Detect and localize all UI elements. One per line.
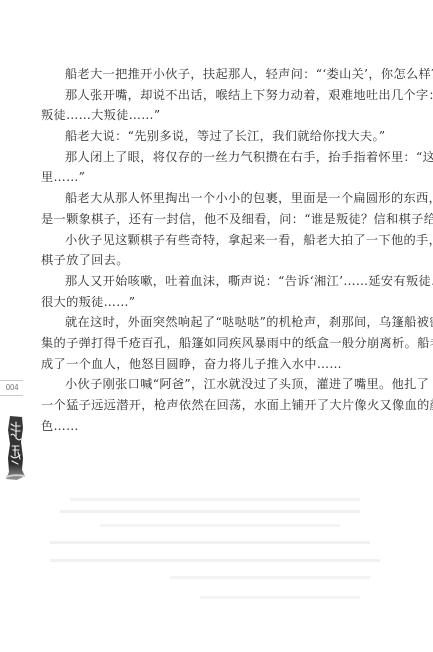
bleed-through-mark [60, 510, 360, 513]
text-line: 小伙子刚张口喊“阿爸”，江水就没过了头顶，灌进了嘴里。他扎了 [41, 374, 393, 395]
text-line: 小伙子见这颗棋子有些奇特，拿起来一看，船老大拍了一下他的手，把 [41, 230, 393, 251]
text-line: 棋子放了回去。 [41, 250, 393, 271]
text-line: 里……” [41, 167, 393, 188]
page-number: 004 [4, 383, 20, 393]
body-text: 船老大一把推开小伙子，扶起那人，轻声问：“‘娄山关’，你怎么样？”那人张开嘴，却… [41, 64, 393, 436]
text-line: 叛徒……大叛徒……” [41, 105, 393, 126]
text-line: 一个猛子远远潜开，枪声依然在回荡，水面上铺开了大片像火又像血的颜 [41, 395, 393, 416]
calligraphy-seal-icon [4, 414, 26, 482]
text-line: 那人闭上了眼，将仅存的一丝力气积攒在右手，抬手指着怀里：“这 [41, 147, 393, 168]
text-line: 那人又开始咳嗽，吐着血沫，嘶声说：“告诉‘湘江’……延安有叛徒…… [41, 271, 393, 292]
page-number-rule-bottom [0, 395, 23, 396]
bleed-through-mark [100, 524, 340, 527]
bleed-through-mark [50, 559, 380, 562]
text-line: 很大的叛徒……” [41, 292, 393, 313]
book-page: 船老大一把推开小伙子，扶起那人，轻声问：“‘娄山关’，你怎么样？”那人张开嘴，却… [0, 0, 433, 652]
text-line: 色…… [41, 416, 393, 437]
text-line: 那人张开嘴，却说不出话，喉结上下努力动着，艰难地吐出几个字：“有 [41, 85, 393, 106]
text-line: 船老大一把推开小伙子，扶起那人，轻声问：“‘娄山关’，你怎么样？” [41, 64, 393, 85]
text-line: 集的子弹打得千疮百孔，船篷如同疾风暴雨中的纸盒一般分崩离析。船老大 [41, 333, 393, 354]
text-line: 船老大说：“先别多说，等过了长江，我们就给你找大夫。” [41, 126, 393, 147]
bleed-through-mark [200, 596, 360, 599]
page-number-rule-top [0, 380, 23, 381]
text-line: 船老大从那人怀里掏出一个小小的包裹，里面是一个扁圆形的东西，那 [41, 188, 393, 209]
bleed-through-mark [70, 498, 360, 501]
text-line: 是一颗象棋子，还有一封信，他不及细看，问：“谁是叛徒？信和棋子给谁？” [41, 209, 393, 230]
text-line: 就在这时，外面突然响起了“哒哒哒”的机枪声，刹那间，乌篷船被密 [41, 312, 393, 333]
bleed-through-mark [50, 541, 370, 544]
text-line: 成了一个血人，他怒目圆睁，奋力将儿子推入水中…… [41, 354, 393, 375]
bleed-through-mark [170, 576, 370, 579]
